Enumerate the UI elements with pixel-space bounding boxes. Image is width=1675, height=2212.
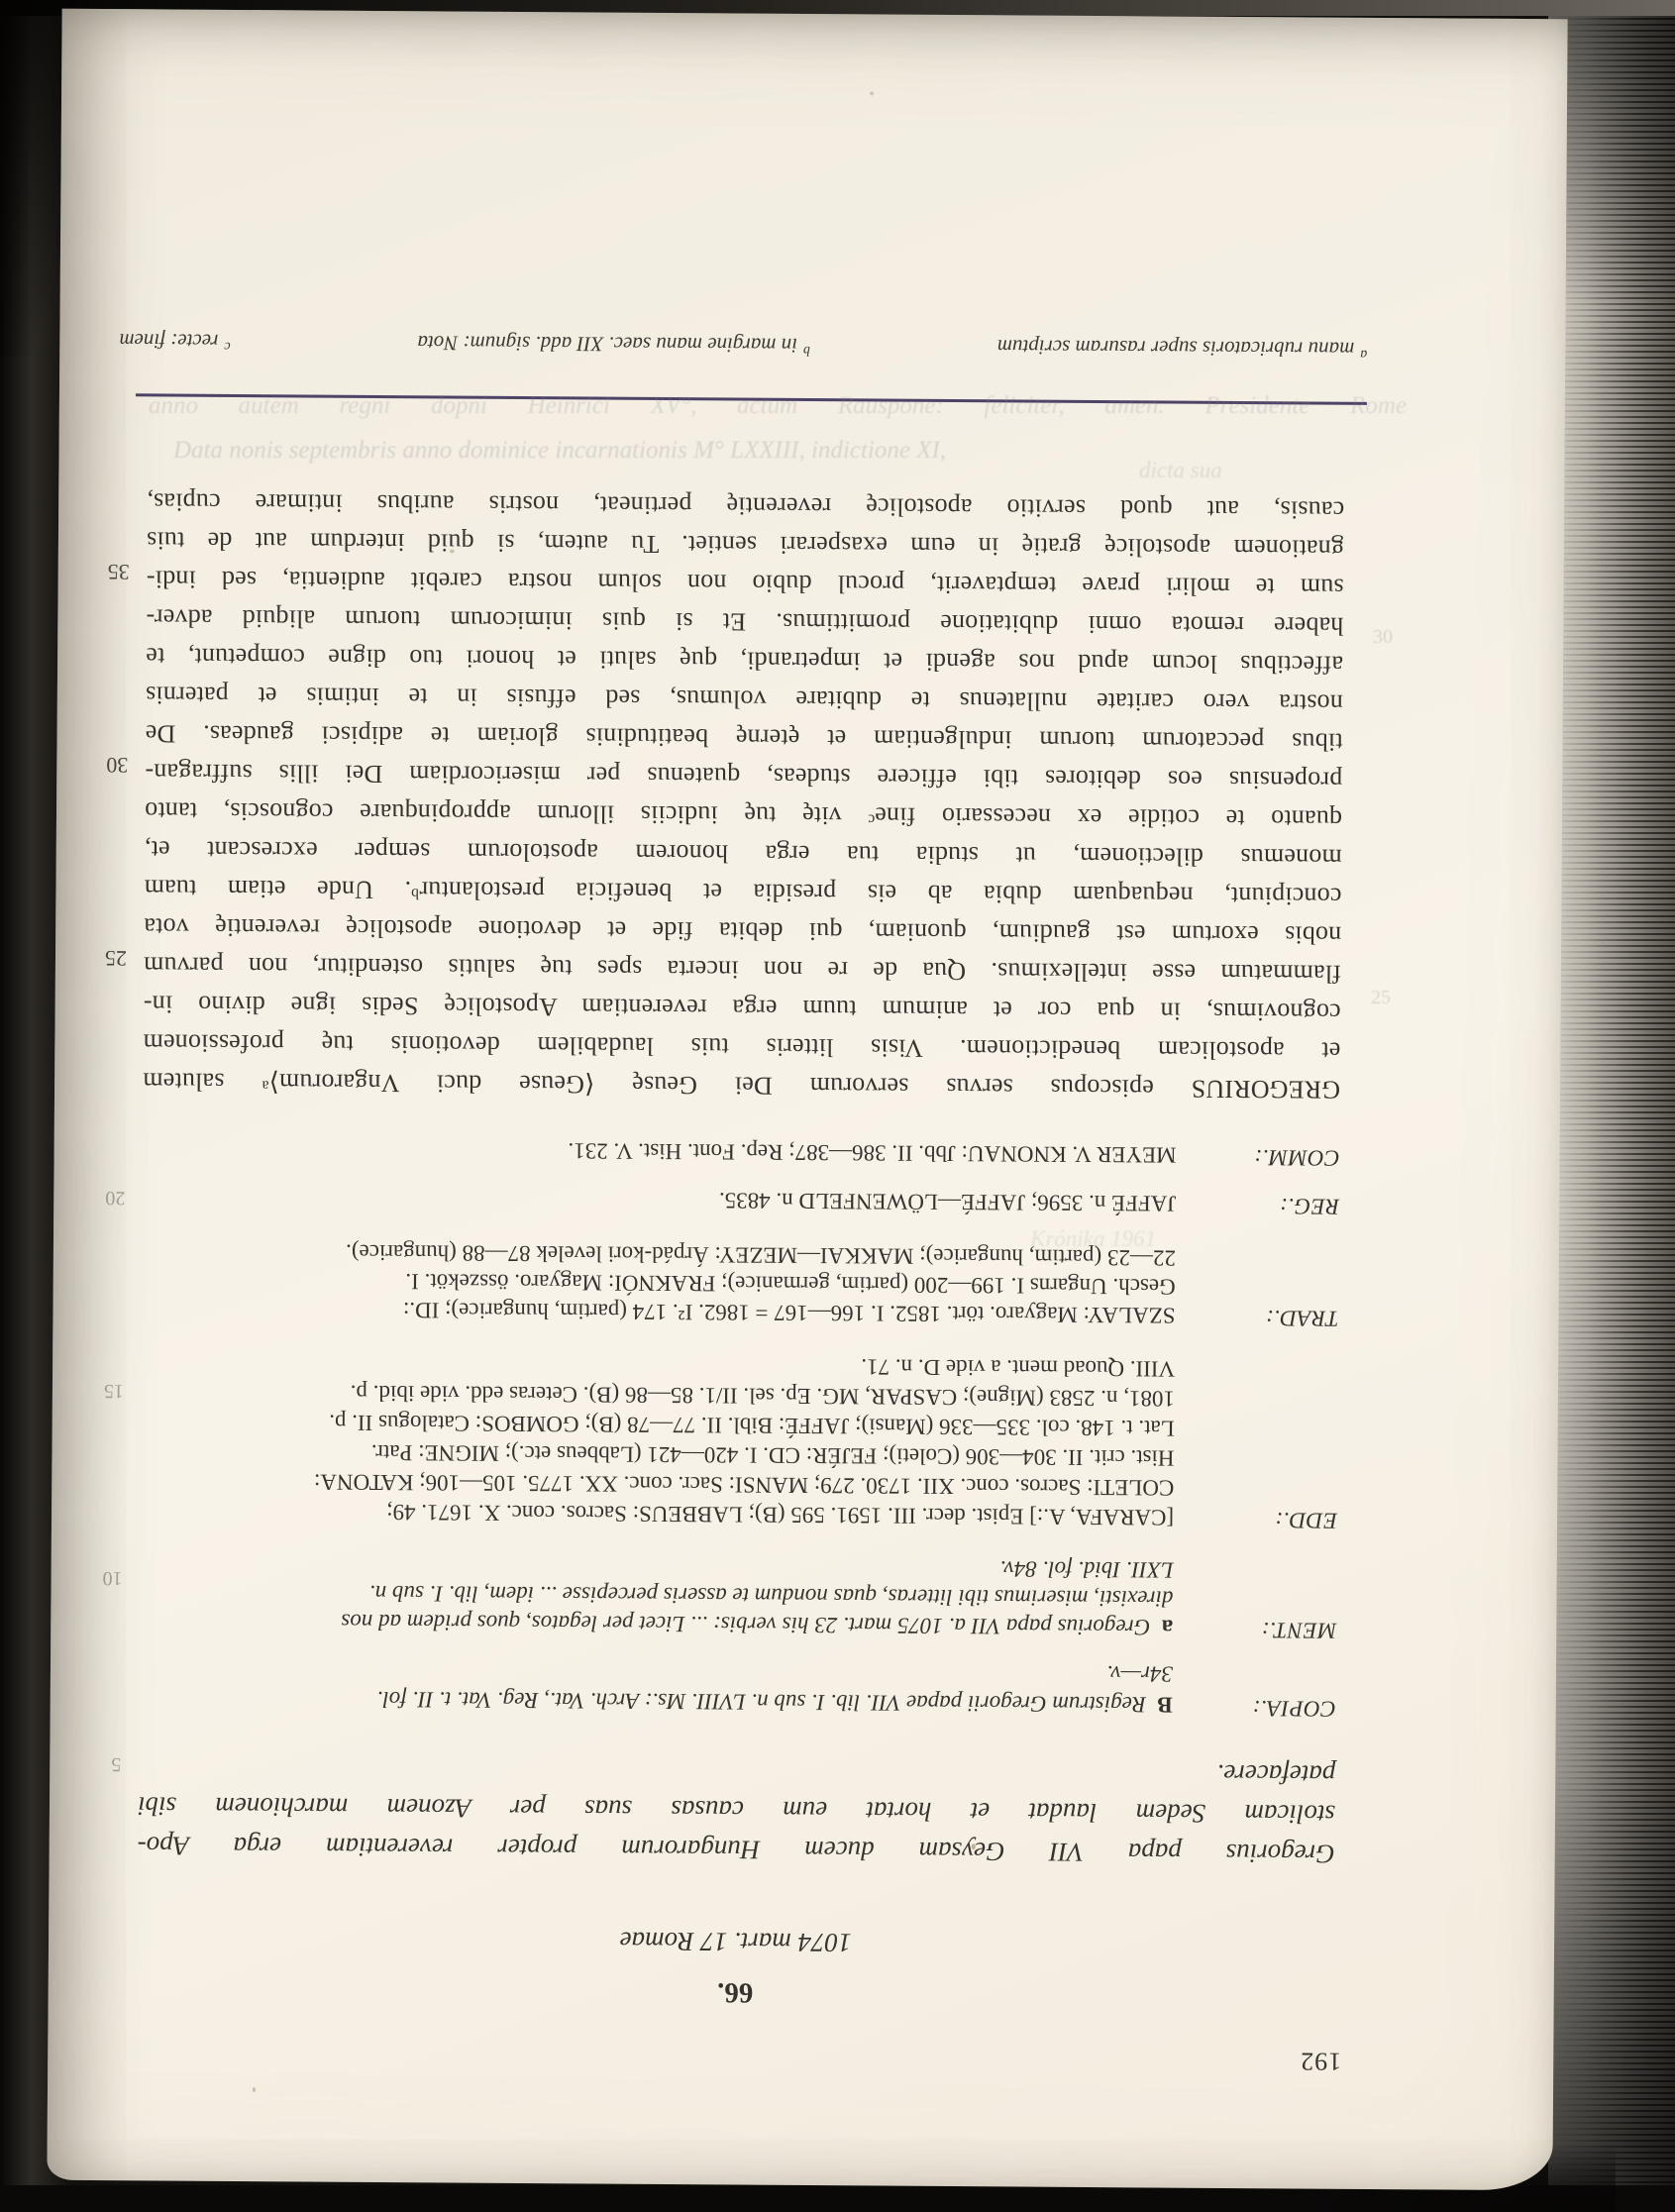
apparatus-line: JAFFÉ n. 3596; JAFFÉ—LÖWENFELD n. 4835. bbox=[142, 1182, 1176, 1217]
bleedthrough-text: anno autem regni dopni Heinrici XV°, act… bbox=[149, 392, 1407, 420]
bleedthrough-margin-number: 30 bbox=[1373, 626, 1393, 649]
footnote-b: bin margine manu saec. XII add. signum: … bbox=[417, 330, 810, 358]
margin-line-number-10: 10 bbox=[63, 1566, 123, 1589]
apparatus-line: MEYER V. KNONAU: Jbb. II. 386—387; Rep. … bbox=[143, 1133, 1177, 1169]
apparatus-label-reg: REG.: bbox=[1280, 1193, 1340, 1218]
apparatus-ment: MENT.: a Gregorius papa VII a. 1075 mart… bbox=[139, 1548, 1337, 1642]
manuscript-sigla: B bbox=[1157, 1692, 1173, 1717]
page-number: 192 bbox=[1300, 2046, 1341, 2075]
summary-line: Gregorius papa VII Geysam ducem Hungaror… bbox=[138, 1826, 1335, 1873]
apparatus-line: B Registrum Gregorii papae VII. lib. I. … bbox=[139, 1682, 1173, 1720]
apparatus-label-copia: COPIA.: bbox=[1252, 1695, 1336, 1722]
margin-line-number-35: 35 bbox=[70, 559, 130, 584]
paper-speckle bbox=[450, 549, 455, 553]
apparatus-label-ment: MENT.: bbox=[1261, 1617, 1336, 1643]
margin-line-number-20: 20 bbox=[65, 1186, 125, 1209]
apparatus-trad: TRAD.: SZALAY: Magyaro. tört. 1852. I. 1… bbox=[141, 1236, 1339, 1330]
paper-speckle bbox=[972, 1843, 976, 1849]
footnote-c: crecte: finem bbox=[119, 328, 230, 354]
book-photo: 192 66. 1074 mart. 17 Romae Gregorius pa… bbox=[0, 0, 1675, 2212]
bleedthrough-margin-number: 25 bbox=[1371, 987, 1391, 1009]
mention-sigla: a bbox=[1162, 1616, 1174, 1640]
summary-line: stolicam Sedem laudat et hortat eum caus… bbox=[138, 1786, 1335, 1834]
footnote-row: amanu rubricatoris super rasuram scriptu… bbox=[119, 328, 1367, 362]
bleedthrough-text: Data nonis septembris anno dominice inca… bbox=[173, 437, 946, 465]
margin-line-number-25: 25 bbox=[67, 945, 127, 971]
apparatus-reg: REG.: JAFFÉ n. 3596; JAFFÉ—LÖWENFELD n. … bbox=[142, 1182, 1339, 1218]
margin-line-number-5: 5 bbox=[61, 1752, 121, 1775]
apparatus-copia: COPIA.: B Registrum Gregorii papae VII. … bbox=[139, 1651, 1336, 1721]
paper-speckle bbox=[870, 91, 874, 95]
apparatus-edd: EDD.: [CARAFA, A.:] Epist. decr. III. 15… bbox=[140, 1346, 1338, 1532]
document-summary: Gregorius papa VII Geysam ducem Hungaror… bbox=[138, 1746, 1336, 1873]
apparatus-label-edd: EDD.: bbox=[1275, 1507, 1337, 1532]
footnote-mark: c bbox=[224, 339, 230, 354]
fore-edge-shading bbox=[1548, 0, 1675, 2212]
margin-line-number-15: 15 bbox=[64, 1379, 124, 1402]
apparatus-label-comm: COMM.: bbox=[1254, 1144, 1340, 1171]
footnote-a: amanu rubricatoris super rasuram scriptu… bbox=[997, 334, 1368, 362]
paper-speckle bbox=[253, 2087, 256, 2092]
bleedthrough-text: Krónika 1961 bbox=[1030, 1226, 1156, 1252]
margin-line-number-30: 30 bbox=[68, 752, 128, 778]
book-fore-edge bbox=[1548, 0, 1675, 2212]
footnote-mark: b bbox=[803, 343, 810, 358]
apparatus-comm: COMM.: MEYER V. KNONAU: Jbb. II. 386—387… bbox=[143, 1133, 1340, 1170]
bleedthrough-text: dicta sua bbox=[1139, 458, 1222, 483]
scanned-page-upside-down: 192 66. 1074 mart. 17 Romae Gregorius pa… bbox=[47, 9, 1567, 2191]
footnote-mark: a bbox=[1360, 347, 1367, 362]
letter-text: GREGORIUS episcopus servus servorum Dei … bbox=[143, 482, 1344, 1108]
date-and-place: 1074 mart. 17 Romae bbox=[137, 1922, 1334, 1960]
apparatus-label-trad: TRAD.: bbox=[1265, 1305, 1338, 1331]
document-number: 66. bbox=[137, 1971, 1334, 2012]
